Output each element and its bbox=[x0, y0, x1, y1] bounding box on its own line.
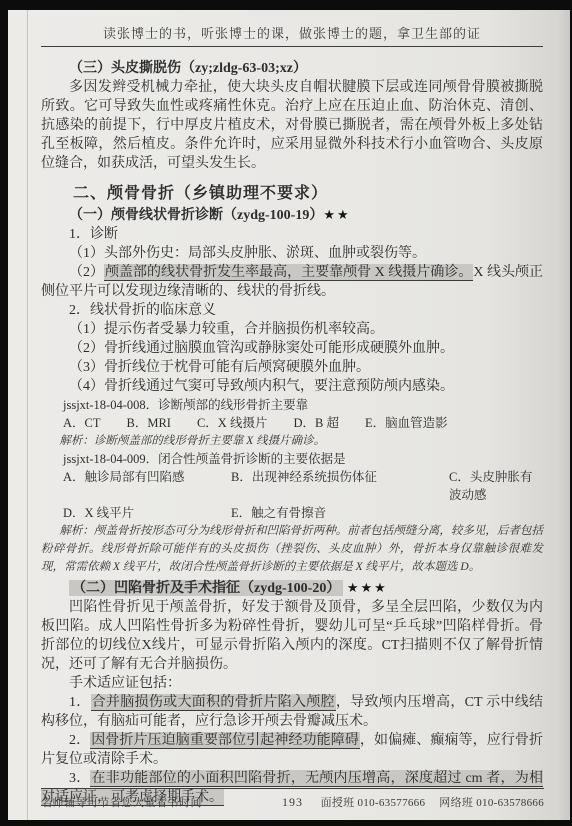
option-a: A．触诊局部有凹陷感 bbox=[63, 468, 231, 504]
question2-analysis: 解析：颅盖骨折按形态可分为线形骨折和凹陷骨折两种。前者包括颅缝分离，较多见，后者… bbox=[41, 522, 543, 576]
significance-item-4: （4）骨折线通过气窦可导致颅内积气，要注意预防颅内感染。 bbox=[41, 377, 543, 396]
question1-options: A．CTB．MRIC．X 线摄片D．B 超E．脑血管造影 bbox=[63, 414, 543, 432]
significance-item-1: （1）提示伤者受暴力较重，合并脑损伤机率较高。 bbox=[41, 320, 543, 339]
online-class-phone: 网络班 010-63578666 bbox=[439, 797, 544, 809]
subsection-title-text: （一）颅骨线状骨折诊断（zydg-100-19） bbox=[69, 208, 323, 223]
star-rating: ★★★ bbox=[347, 580, 388, 595]
header-rule bbox=[41, 46, 543, 47]
option-d: D．X 线平片 bbox=[63, 504, 231, 522]
significance-label: 2．线状骨折的临床意义 bbox=[41, 301, 543, 320]
option-a: A．CT bbox=[63, 416, 101, 430]
star-rating: ★★ bbox=[323, 207, 350, 222]
diagnosis-label: 1．诊断 bbox=[41, 225, 543, 244]
question1-stem: jssjxt-18-04-008．诊断颅部的线形骨折主要靠 bbox=[63, 396, 543, 414]
option-b: B．出现神经系统损伤体征 bbox=[231, 468, 449, 504]
highlighted-text: 因骨折片压迫脑重要部位引起神经功能障碍 bbox=[90, 732, 360, 749]
option-c: C．X 线摄片 bbox=[197, 416, 268, 430]
question2-options-row2: D．X 线平片E．触之有骨擦音 bbox=[63, 504, 543, 522]
page-content: 读张博士的书，听张博士的课，做张博士的题，拿卫生部的证 （三）头皮撕脱伤（zy;… bbox=[8, 10, 570, 820]
indication-1: 1．合并脑损伤或大面积的骨折片陷入颅腔，导致颅内压增高，CT 示中线结构移位，有… bbox=[41, 693, 543, 731]
highlighted-text: 合并脑损伤或大面积的骨折片陷入颅腔 bbox=[91, 694, 336, 711]
footer-slogan: 名师辅导可节省您大量看书时间 bbox=[41, 794, 282, 810]
option-b: B．MRI bbox=[127, 416, 171, 430]
subsection-title-linear-fracture: （一）颅骨线状骨折诊断（zydg-100-19）★★ bbox=[41, 205, 543, 225]
significance-item-3: （3）骨折线位于枕骨可能有后颅窝硬膜外血肿。 bbox=[41, 358, 543, 377]
item-number: 1． bbox=[69, 695, 91, 710]
subsection-title-depressed-fracture: （二）凹陷骨折及手术指征（zydg-100-20） ★★★ bbox=[41, 578, 543, 598]
item-number: （2） bbox=[69, 265, 104, 280]
option-c: C．头皮肿胀有波动感 bbox=[449, 468, 543, 504]
onsite-class-phone: 面授班 010-63577666 bbox=[321, 797, 426, 809]
highlighted-title: （二）凹陷骨折及手术指征（zydg-100-20） bbox=[69, 580, 343, 596]
footer-contacts: 面授班 010-63577666网络班 010-63578666 bbox=[303, 794, 544, 810]
indications-label: 手术适应证包括： bbox=[41, 674, 543, 693]
indication-2: 2．因骨折片压迫脑重要部位引起神经功能障碍，如偏瘫、癫痫等，应行骨折片复位或清除… bbox=[41, 731, 543, 769]
option-e: E．触之有骨擦音 bbox=[231, 504, 449, 522]
diagnosis-item-1: （1）头部外伤史：局部头皮肿胀、淤斑、血肿或裂伤等。 bbox=[41, 244, 543, 263]
significance-item-2: （2）骨折线通过脑膜血管沟或静脉窦处可能形成硬膜外血肿。 bbox=[41, 339, 543, 358]
highlighted-text: 颅盖部的线状骨折发生率最高，主要靠颅骨 X 线摄片确诊。 bbox=[104, 264, 473, 281]
paragraph-depressed-fracture: 凹陷性骨折见于颅盖骨折，好发于额骨及顶骨，多呈全层凹陷，少数仅为内板凹陷。成人凹… bbox=[41, 598, 543, 674]
option-d: D．B 超 bbox=[293, 416, 339, 430]
section-title-scalp-avulsion: （三）头皮撕脱伤（zy;zldg-63-03;xz） bbox=[41, 59, 543, 78]
paragraph-scalp-avulsion: 多因发辫受机械力牵扯，使大块头皮自帽状腱膜下层或连同颅骨骨膜被撕脱所致。它可导致… bbox=[41, 78, 543, 173]
question2-options-row1: A．触诊局部有凹陷感B．出现神经系统损伤体征C．头皮肿胀有波动感 bbox=[63, 468, 543, 504]
diagnosis-item-2: （2）颅盖部的线状骨折发生率最高，主要靠颅骨 X 线摄片确诊。X 线头颅正侧位平… bbox=[41, 263, 543, 301]
question2-stem: jssjxt-18-04-009．闭合性颅盖骨折诊断的主要依据是 bbox=[63, 450, 543, 468]
item-number: 3． bbox=[69, 771, 90, 786]
option-e: E．脑血管造影 bbox=[365, 416, 448, 430]
page-footer: 名师辅导可节省您大量看书时间 193 面授班 010-63577666网络班 0… bbox=[41, 788, 544, 810]
heading-skull-fracture: 二、颅骨骨折（乡镇助理不要求） bbox=[41, 183, 543, 205]
scanned-book-page: 读张博士的书，听张博士的课，做张博士的题，拿卫生部的证 （三）头皮撕脱伤（zy;… bbox=[0, 0, 572, 826]
page-paper: 读张博士的书，听张博士的课，做张博士的题，拿卫生部的证 （三）头皮撕脱伤（zy;… bbox=[8, 10, 570, 820]
question1-analysis: 解析：诊断颅盖部的线形骨折主要靠 X 线摄片确诊。 bbox=[41, 432, 543, 450]
item-number: 2． bbox=[69, 733, 90, 748]
page-number: 193 bbox=[282, 795, 303, 810]
header-slogan: 读张博士的书，听张博士的课，做张博士的题，拿卫生部的证 bbox=[41, 25, 543, 42]
